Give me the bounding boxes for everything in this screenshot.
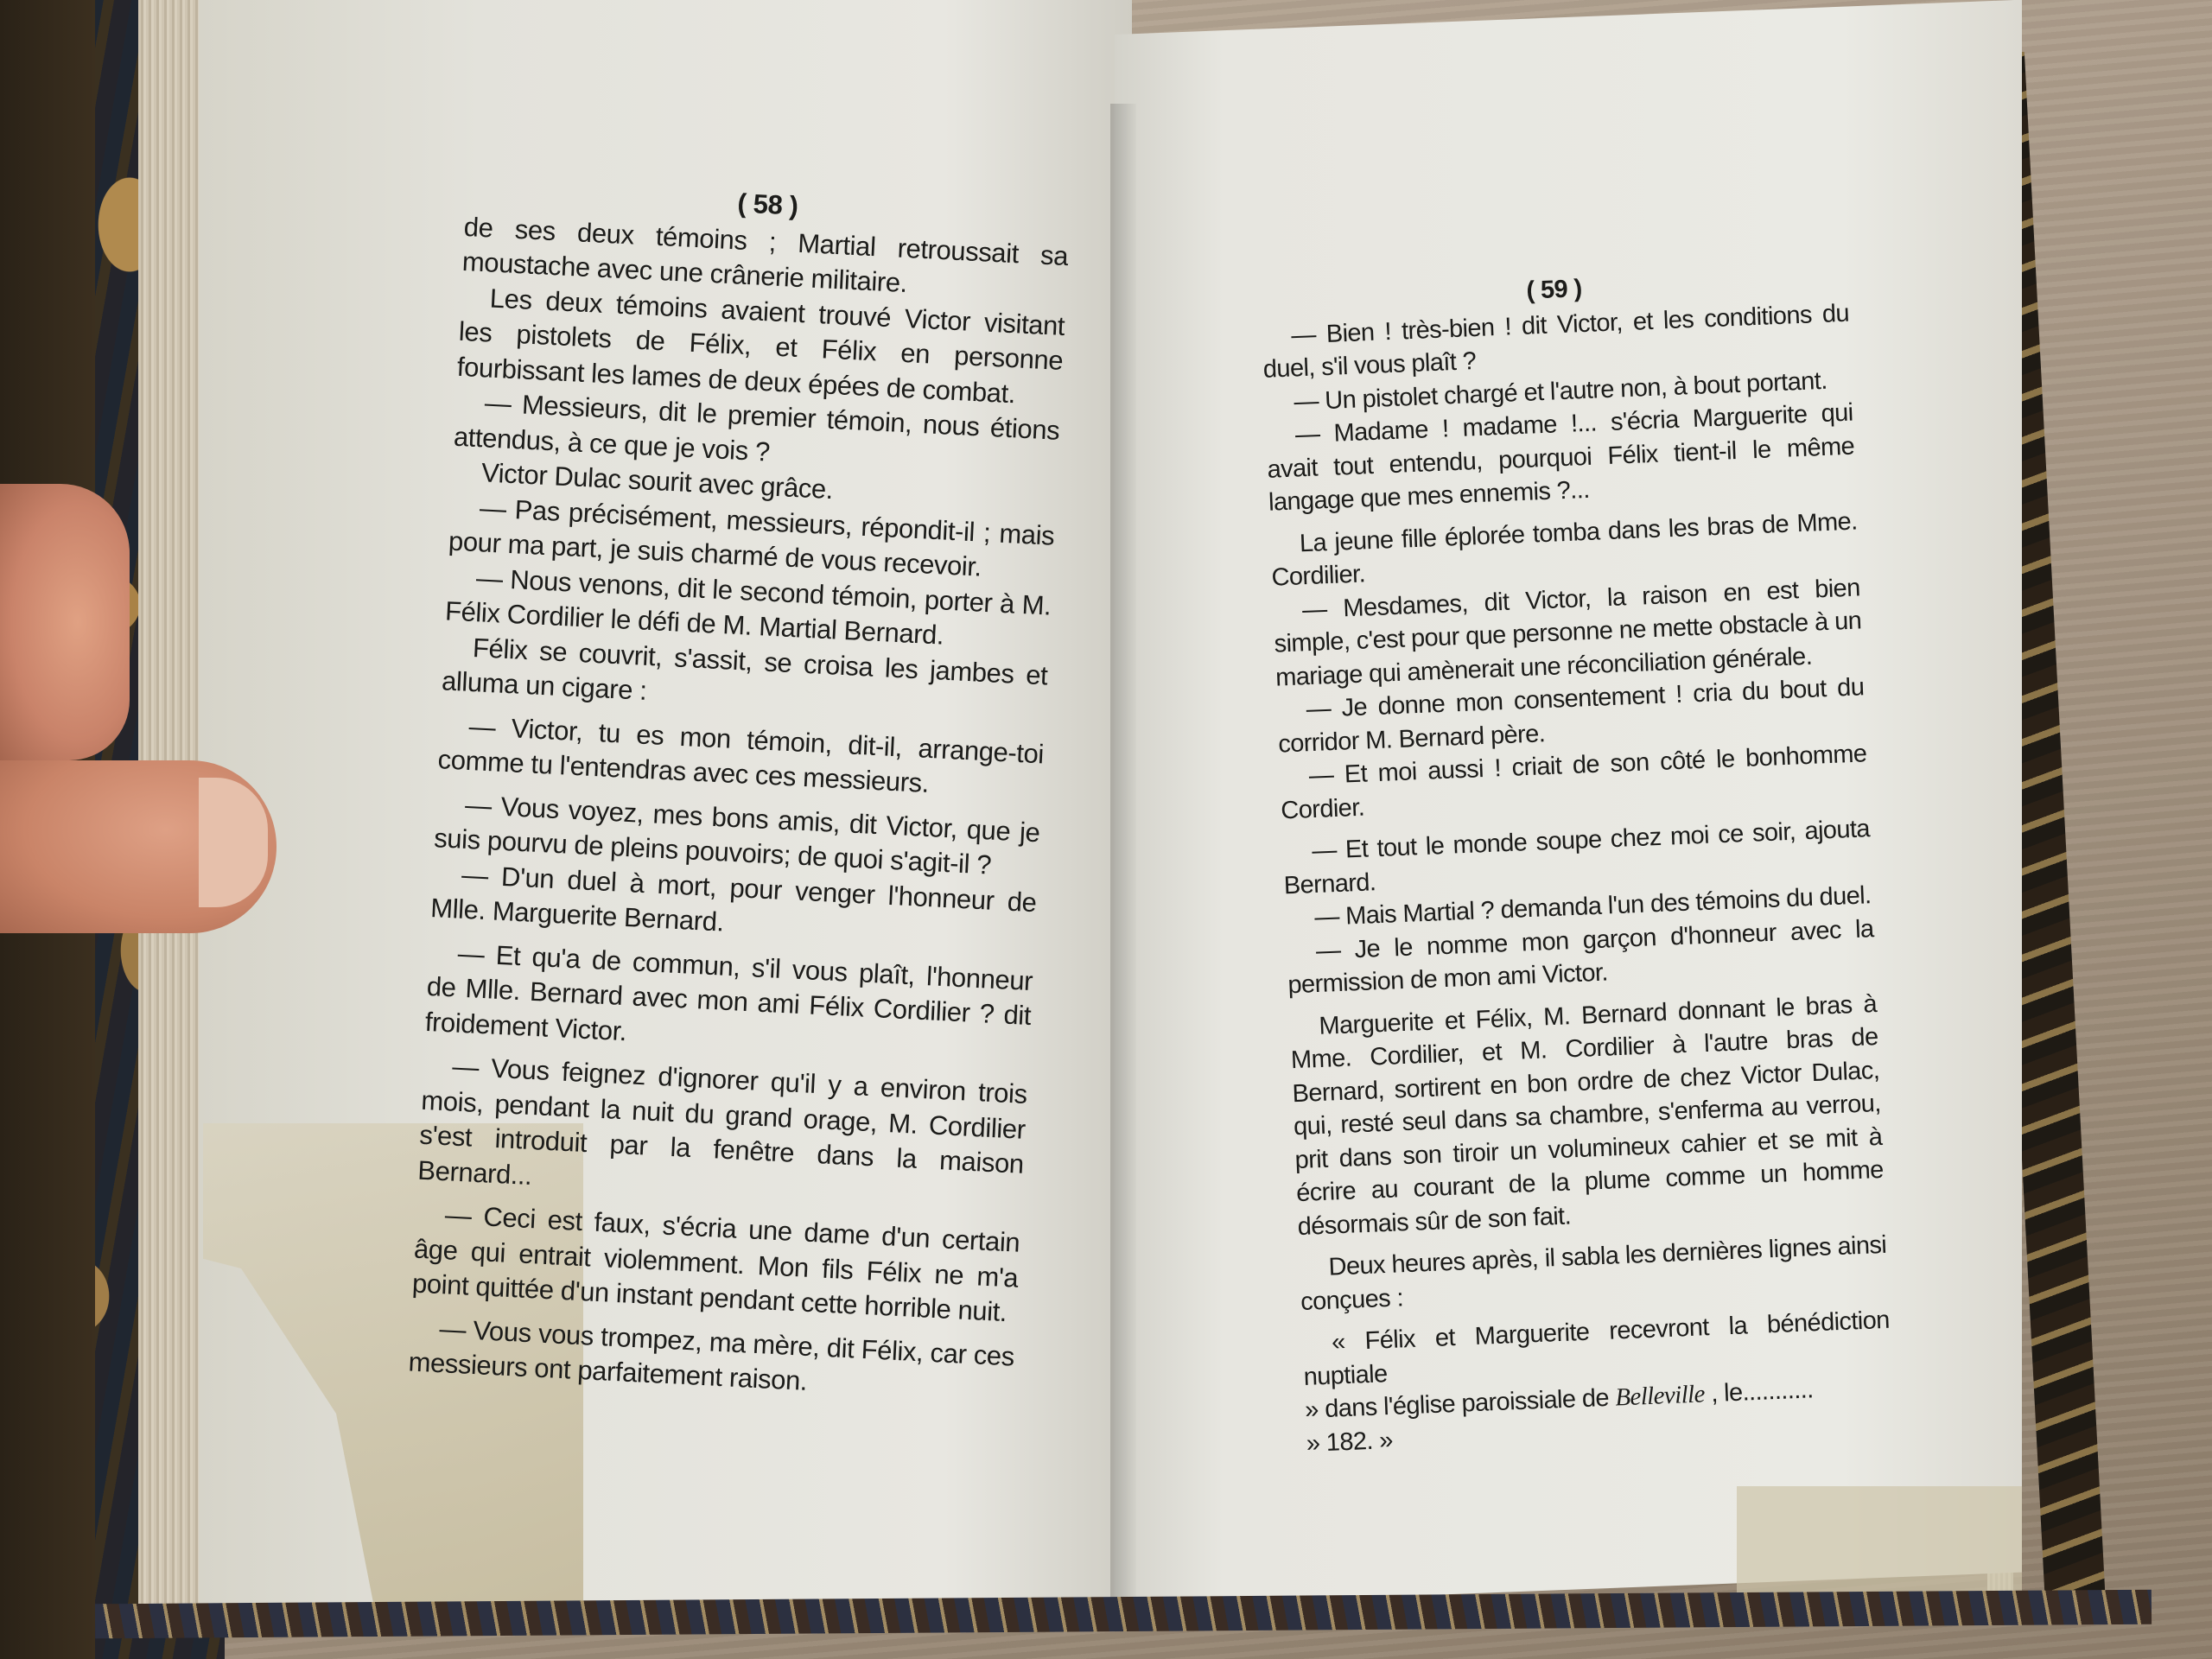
paragraph: Marguerite et Félix, M. Bernard donnant … [1289,988,1885,1244]
hand-thumb [0,484,130,760]
paragraph: — Ceci est faux, s'écria une dame d'un c… [411,1197,1020,1332]
quote-suffix: , le........... [1704,1376,1814,1408]
place-name: Belleville [1615,1380,1706,1411]
book-gutter [1110,104,1136,1607]
paper-patch-right [1737,1486,2022,1599]
right-page-text: ( 59 ) — Bien ! très-bien ! dit Victor, … [1260,262,1894,1460]
paragraph: — Et qu'a de commun, s'il vous plaît, l'… [424,934,1033,1069]
paragraph: — Vous feignez d'ignorer qu'il y a envir… [417,1048,1028,1217]
paragraph: Deux heures après, il sabla les dernière… [1299,1229,1889,1319]
left-page-text: ( 58 ) de ses deux témoins ; Martial ret… [408,173,1071,1409]
